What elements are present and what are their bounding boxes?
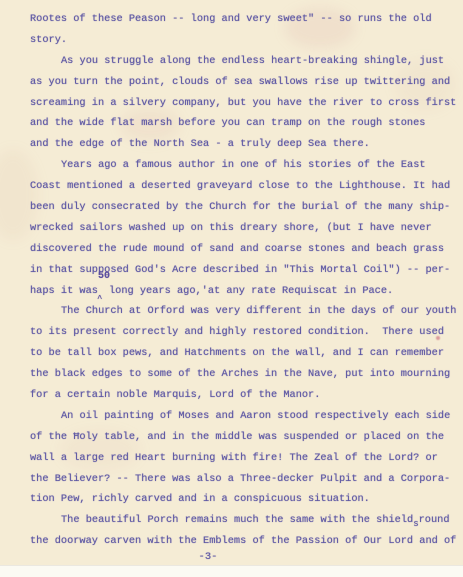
- dropped-character: s: [413, 519, 418, 529]
- handwritten-insertion: 50^: [98, 283, 109, 293]
- text-line: the black edges to some of the Arches in…: [30, 364, 450, 385]
- page-number: -3-: [0, 551, 416, 563]
- text-line: in that supposed God's Acre described in…: [30, 260, 450, 281]
- text-line: The beautiful Porch remains much the sam…: [30, 510, 450, 531]
- text-line: wall a large red Heart burning with fire…: [30, 448, 450, 469]
- text-line: As you struggle along the endless heart-…: [30, 51, 450, 72]
- text-line: haps it was50^long years ago,'at any rat…: [30, 281, 450, 302]
- typewritten-text: Rootes of these Peason -- long and very …: [30, 9, 450, 552]
- text-line: as you turn the point, clouds of sea swa…: [30, 72, 450, 93]
- text-line: to be tall box pews, and Hatchments on t…: [30, 343, 450, 364]
- text-line: and the wide flat marsh before you can t…: [30, 113, 450, 134]
- typewritten-page: Rootes of these Peason -- long and very …: [0, 0, 463, 577]
- text-line: Years ago a famous author in one of his …: [30, 155, 450, 176]
- text-line: Coast mentioned a deserted graveyard clo…: [30, 176, 450, 197]
- text-line: The Church at Orford was very different …: [30, 301, 450, 322]
- paper-edge: [0, 565, 463, 577]
- inserted-number: 50: [98, 267, 110, 288]
- text-line: of the Ħoly table, and in the middle was…: [30, 427, 450, 448]
- caret-mark: ^: [97, 289, 102, 310]
- text-line: wrecked sailors washed up on this dreary…: [30, 218, 450, 239]
- text-line: been duly consecrated by the Church for …: [30, 197, 450, 218]
- text-line: for a certain noble Marquis, Lord of the…: [30, 385, 450, 406]
- text-line: to its present correctly and highly rest…: [30, 322, 450, 343]
- text-line: the Believer? -- There was also a Three-…: [30, 469, 450, 490]
- text-line: and the edge of the North Sea - a truly …: [30, 134, 450, 155]
- text-line: discovered the rude mound of sand and co…: [30, 239, 450, 260]
- text-line: tion Pew, richly carved and in a conspic…: [30, 489, 450, 510]
- text-line: the doorway carven with the Emblems of t…: [30, 531, 450, 552]
- text-line: An oil painting of Moses and Aaron stood…: [30, 406, 450, 427]
- text-line: screaming in a silvery company, but you …: [30, 93, 450, 114]
- text-line: Rootes of these Peason -- long and very …: [30, 9, 450, 30]
- text-line: story.: [30, 30, 450, 51]
